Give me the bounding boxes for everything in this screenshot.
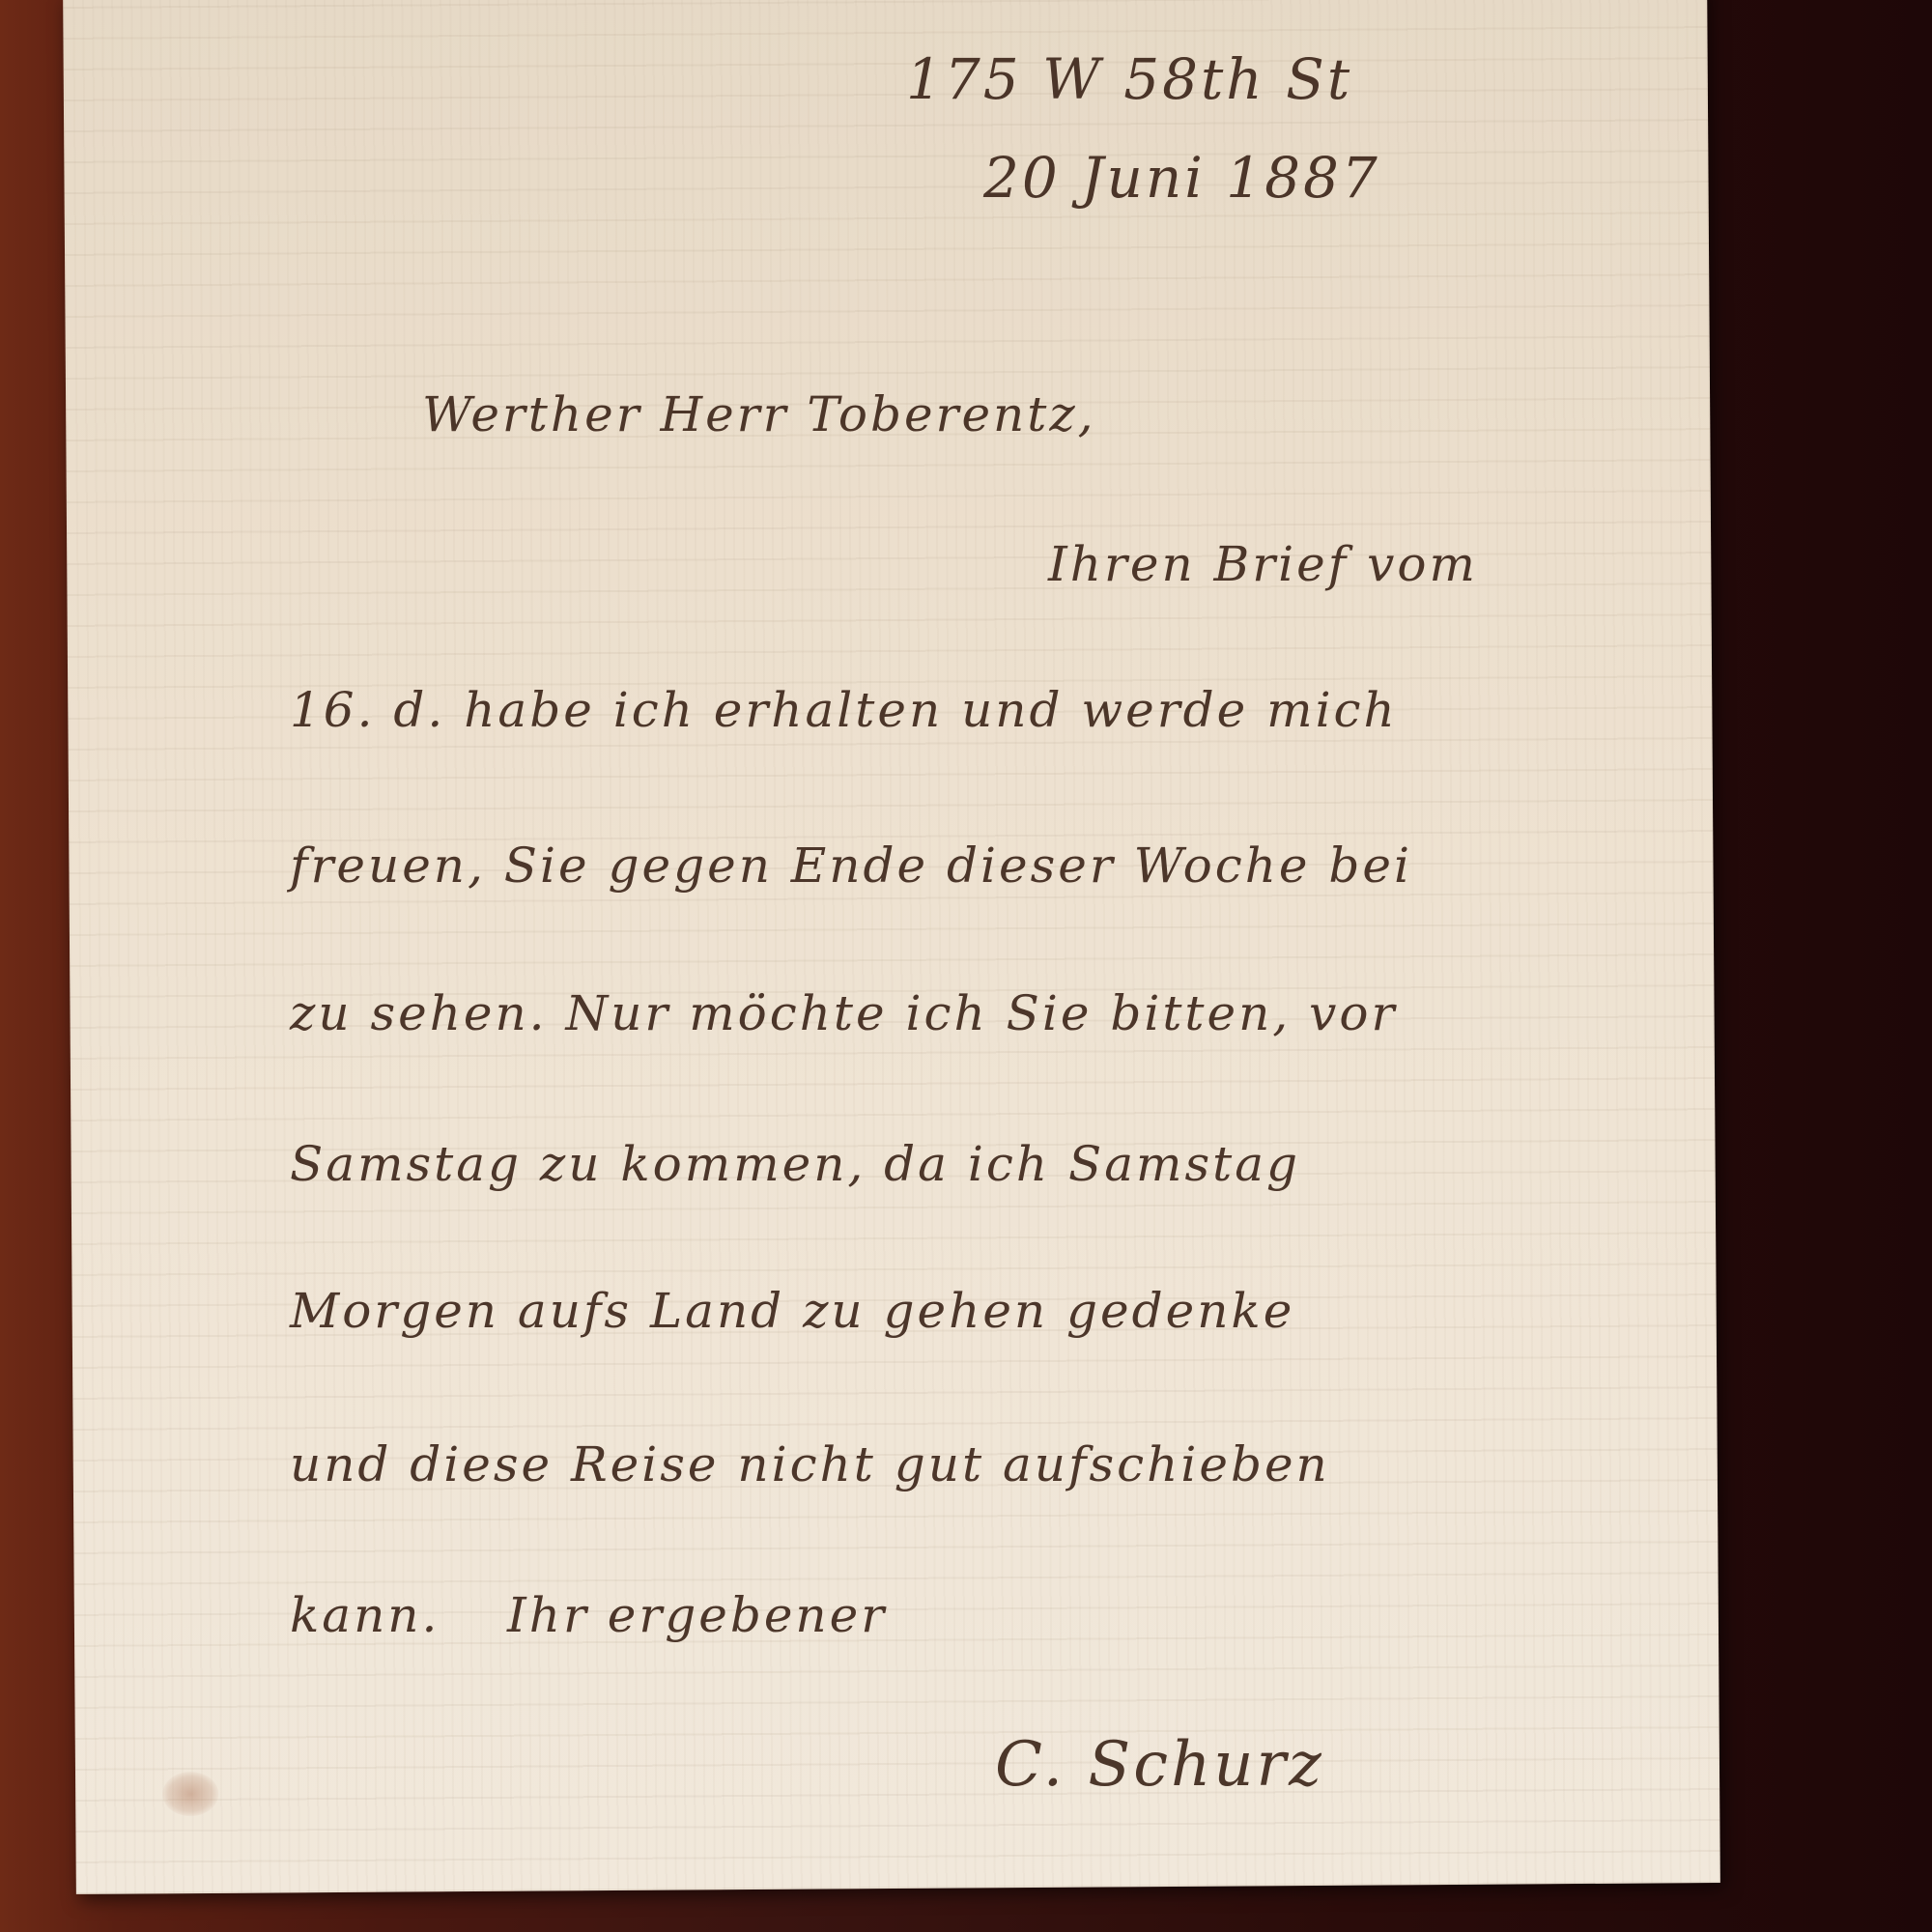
paper-stain [162,1772,218,1816]
letter-body-line: zu sehen. Nur möchte ich Sie bitten, vor [290,985,1397,1041]
letter-address: 175 W 58th St [906,46,1352,112]
letter-body-line: Ihren Brief vom [1048,536,1478,592]
letter-closing: Ihr ergebener [507,1587,887,1643]
letter-body-line: Samstag zu kommen, da ich Samstag [290,1136,1300,1192]
letter-salutation: Werther Herr Toberentz, [422,386,1096,442]
letter-body-line: und diese Reise nicht gut aufschieben [290,1436,1330,1492]
letter-date: 20 Juni 1887 [983,145,1380,211]
letter-body-line: kann. [290,1587,440,1643]
letter-body-line: Morgen aufs Land zu gehen gedenke [290,1283,1294,1339]
letter-signature: C. Schurz [995,1729,1324,1801]
letter-body-line: freuen, Sie gegen Ende dieser Woche bei [290,838,1412,894]
letter-body-line: 16. d. habe ich erhalten und werde mich [290,682,1398,738]
